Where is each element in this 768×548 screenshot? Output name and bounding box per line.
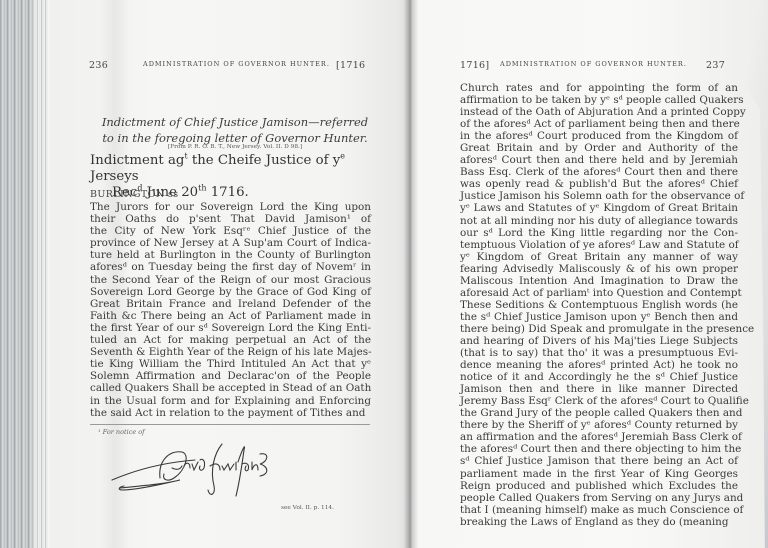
text-line: that I (meaning himself) make as much Co… (460, 504, 738, 516)
text-line: fearing Advisedly Maliscously & of his o… (460, 263, 738, 275)
text-line: an affirmation and the aforesᵈ Jeremiah … (460, 431, 738, 443)
text-line: and hearing of Divers of his Maj'ties Li… (460, 335, 738, 347)
text-line: the aforesᵈ Court then and there objecti… (460, 443, 738, 455)
text-line: there being) Did Speak and promulgate in… (460, 323, 738, 335)
text-line: the City of New York Esqʳᵉ Chief Justice… (90, 225, 371, 237)
text-line: Reign produced and published which Exclu… (460, 480, 738, 492)
text-line: aforesaid Act of parliamᵗ into Question … (460, 287, 738, 299)
text-line: Church rates and for appointing the form… (460, 82, 738, 94)
text-line: aforesᵈ Court then and there held and by… (460, 154, 738, 166)
place-heading: BURLINGTON ss (90, 189, 179, 200)
document-heading: Indictment of Chief Justice Jamison—refe… (100, 114, 370, 146)
text-line: temptuous Violation of ye aforesᵈ Law an… (460, 239, 738, 251)
text-line: the sᵈ Chief Justice Jamison upon yᵉ Ben… (460, 311, 738, 323)
text-line: our sᵈ Lord the King little regarding no… (460, 227, 738, 239)
text-line: Solemn Affirmation and Declarac'on of th… (90, 370, 371, 382)
title-text: the Cheife Justice of y (188, 153, 341, 168)
footnote: ¹ For notice of (98, 428, 145, 436)
text-line: province of New Jersey at A Sup'am Court… (90, 237, 371, 249)
text-line: yᵉ Kingdom of Great Britain any manner o… (460, 251, 738, 263)
text-line: Justice Jamison his Solemn oath for the … (460, 190, 738, 202)
text-line: the first Year of our sᵈ Sovereign Lord … (90, 322, 371, 334)
text-line: Jamison then and there in like manner Di… (460, 383, 738, 395)
text-line: people Called Quakers from Serving on an… (460, 492, 738, 504)
title-text: 1716. (206, 185, 248, 200)
text-line: Great Britain and by Order and Authority… (460, 142, 738, 154)
text-line: Seventh & Eighth Year of the Reign of hi… (90, 346, 371, 358)
text-line: parliament made in the first Year of Kin… (460, 468, 738, 480)
text-line: the said Act in relation to the payment … (90, 407, 371, 419)
text-line: the Grand Jury of the people called Quak… (460, 407, 738, 419)
signature-caption: see Vol. II. p. 114. (281, 505, 334, 511)
text-line: their Oaths do p'sent That David Jamison… (90, 213, 371, 225)
footnote-divider (90, 424, 370, 425)
left-body-text: The Jurors for our Sovereign Lord the Ki… (90, 201, 371, 419)
text-line: affirmation to be taken by yᵉ sᵈ people … (460, 94, 738, 106)
text-line: not at all minding nor his duty of alleg… (460, 215, 738, 227)
text-line: breaking the Laws of England as they do … (460, 516, 738, 528)
text-line: Great Britain France and Ireland Defende… (90, 298, 371, 310)
source-citation: [From P. R. O. B. T., New Jersey. Vol. I… (100, 144, 370, 150)
text-line: of the aforesᵈ Act of parliament being t… (460, 118, 738, 130)
text-line: (that is to say) that tho' it was a pres… (460, 347, 738, 359)
book-scan: 236 ADMINISTRATION OF GOVERNOR HUNTER. [… (0, 0, 768, 548)
text-line: sᵈ Chief Justice Jamison that there bein… (460, 455, 738, 467)
text-line: instead of the Oath of Abjuration And a … (460, 106, 738, 118)
text-line: aforesᵈ on Tuesday being the first day o… (90, 261, 371, 273)
text-line: yᵉ Laws and Statutes of yᵉ Kingdom of Gr… (460, 202, 738, 214)
right-running-title: ADMINISTRATION OF GOVERNOR HUNTER. (500, 60, 687, 68)
text-line: dence meaning the aforesᵈ printed Act) h… (460, 359, 738, 371)
text-line: Sovereign Lord George by the Grace of Go… (90, 286, 371, 298)
left-running-title: ADMINISTRATION OF GOVERNOR HUNTER. (143, 60, 330, 68)
text-line: ture held at Burlington in the County of… (90, 249, 371, 261)
title-sup: e (340, 152, 345, 161)
signature-image (110, 440, 270, 510)
text-line: These Seditions & Contemptuous English w… (460, 299, 738, 311)
text-line: Faith &c There being an Act of Parliamen… (90, 310, 371, 322)
text-line: The Jurors for our Sovereign Lord the Ki… (90, 201, 371, 213)
title-text: Indictment ag (90, 153, 184, 168)
text-line: Jeremy Bass Esqʳ Clerk of the aforesᵈ Co… (460, 395, 738, 407)
text-line: Bass Esq. Clerk of the aforesᵈ Court the… (460, 166, 738, 178)
text-line: called Quakers Shall be accepted in Stea… (90, 382, 371, 394)
page-leaf-lines (34, 0, 48, 548)
text-line: Maliscous Intention And Imagination to D… (460, 275, 738, 287)
text-line: tuled an Act for making perpetual an Act… (90, 334, 371, 346)
right-page-number: 237 (706, 60, 725, 71)
text-line: was openly read & publish'd But the afor… (460, 178, 738, 190)
text-line: in the Usual form and for Explaining and… (90, 395, 371, 407)
text-line: notice of it and Accordingly he the sᵈ C… (460, 371, 738, 383)
text-line: there by the Sheriff of yᵉ aforesᵈ Count… (460, 419, 738, 431)
right-year: 1716] (460, 60, 489, 71)
title-text: Jerseys (90, 169, 139, 184)
text-line: the Second Year of the Reign of our most… (90, 274, 371, 286)
book-gutter (404, 0, 418, 548)
left-year: [1716 (336, 60, 365, 71)
right-body-text: Church rates and for appointing the form… (460, 82, 738, 528)
text-line: in the aforesᵈ Court produced from the K… (460, 130, 738, 142)
text-line: tie King William the Third Intituled An … (90, 358, 371, 370)
left-page-number: 236 (89, 60, 108, 71)
